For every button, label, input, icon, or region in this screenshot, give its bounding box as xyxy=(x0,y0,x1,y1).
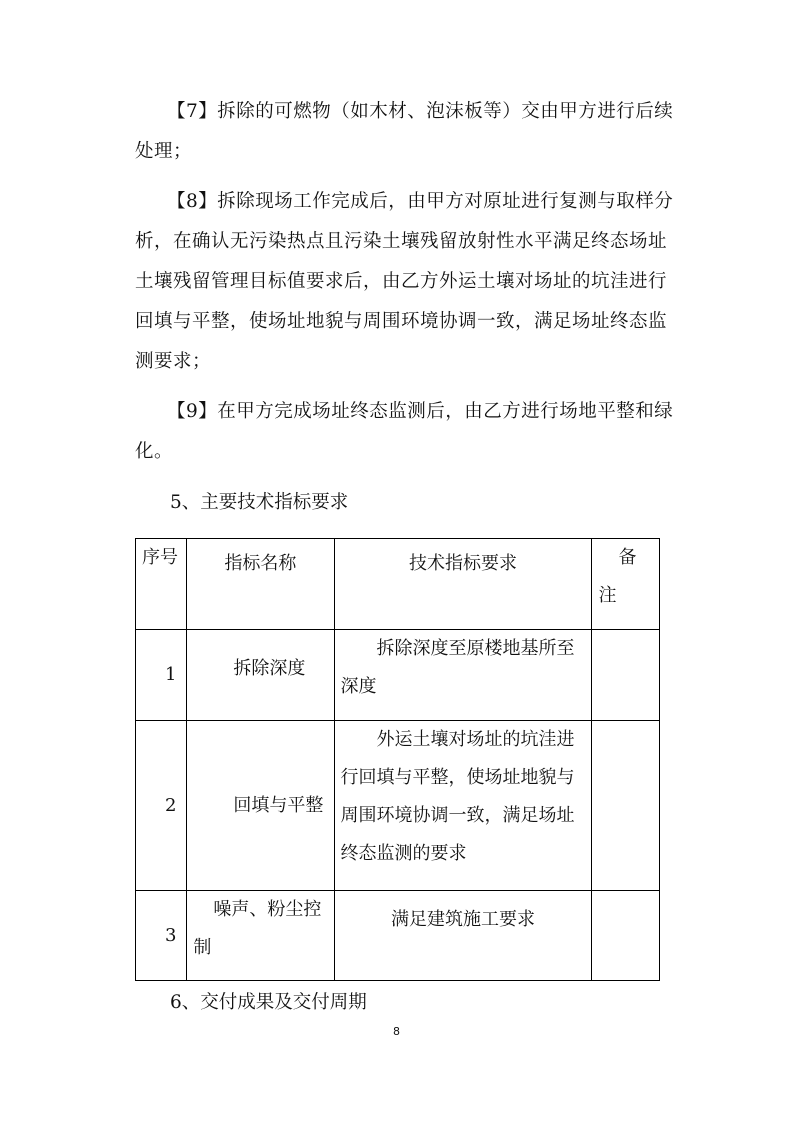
row-name: 噪声、粉尘控制 xyxy=(187,891,334,981)
row-no: 3 xyxy=(136,891,187,981)
page-number: 8 xyxy=(0,1025,793,1038)
row-name: 回填与平整 xyxy=(187,721,334,891)
table-row: 2 回填与平整 外运土壤对场址的坑洼进行回填与平整，使场址地貌与周围环境协调一致… xyxy=(136,721,660,891)
header-cell-requirement: 技术指标要求 xyxy=(334,539,592,630)
paragraph-item-9: 【9】在甲方完成场址终态监测后，由乙方进行场地平整和绿化。 xyxy=(135,392,675,472)
table-row: 1 拆除深度 拆除深度至原楼地基所至深度 xyxy=(136,630,660,721)
row-requirement: 外运土壤对场址的坑洼进行回填与平整，使场址地貌与周围环境协调一致，满足场址终态监… xyxy=(334,721,592,891)
row-note xyxy=(592,891,660,981)
section-6-heading: 6、交付成果及交付周期 xyxy=(170,988,367,1014)
paragraph-item-8: 【8】拆除现场工作完成后，由甲方对原址进行复测与取样分析，在确认无污染热点且污染… xyxy=(135,182,675,382)
paragraph-item-7: 【7】拆除的可燃物（如木材、泡沫板等）交由甲方进行后续处理； xyxy=(135,92,675,172)
header-cell-name: 指标名称 xyxy=(187,539,334,630)
row-note xyxy=(592,721,660,891)
header-cell-note: 备注 xyxy=(592,539,660,630)
header-cell-no: 序号 xyxy=(136,539,187,630)
table-header-row: 序号 指标名称 技术指标要求 备注 xyxy=(136,539,660,630)
row-requirement: 满足建筑施工要求 xyxy=(334,891,592,981)
technical-spec-table: 序号 指标名称 技术指标要求 备注 1 拆除深度 拆除深度至原楼地基所至深度 2… xyxy=(135,538,660,981)
row-name: 拆除深度 xyxy=(187,630,334,721)
row-note xyxy=(592,630,660,721)
row-requirement: 拆除深度至原楼地基所至深度 xyxy=(334,630,592,721)
table-row: 3 噪声、粉尘控制 满足建筑施工要求 xyxy=(136,891,660,981)
section-5-heading: 5、主要技术指标要求 xyxy=(170,488,348,514)
row-no: 1 xyxy=(136,630,187,721)
row-no: 2 xyxy=(136,721,187,891)
